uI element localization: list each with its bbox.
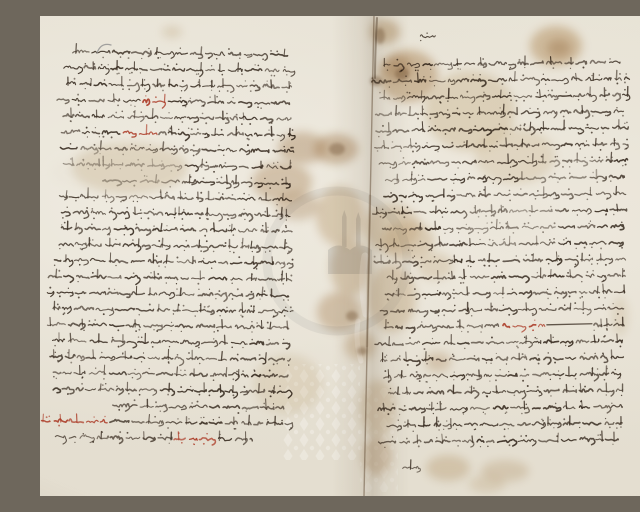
manuscript-line bbox=[50, 348, 290, 367]
manuscript-line bbox=[384, 366, 621, 384]
manuscript-line bbox=[47, 284, 289, 302]
manuscript-line bbox=[64, 60, 295, 78]
manuscript-line bbox=[41, 412, 292, 430]
manuscript-line bbox=[53, 364, 288, 382]
manuscript-spread bbox=[40, 16, 640, 496]
manuscript-line bbox=[61, 204, 290, 222]
manuscript-line bbox=[52, 332, 289, 350]
manuscript-line bbox=[378, 399, 623, 416]
manuscript-line bbox=[57, 93, 290, 110]
manuscript-line bbox=[73, 44, 288, 62]
header-notation bbox=[420, 32, 435, 41]
manuscript-line bbox=[384, 317, 624, 334]
manuscript-line bbox=[63, 107, 291, 125]
manuscript-line bbox=[54, 252, 294, 270]
manuscript-line bbox=[113, 397, 284, 415]
manuscript-line bbox=[61, 124, 295, 142]
manuscript-photo: Open two-page spread of an aged handwrit… bbox=[40, 16, 640, 496]
manuscript-line bbox=[55, 429, 252, 447]
manuscript-line bbox=[59, 236, 292, 254]
manuscript-line bbox=[387, 414, 622, 432]
manuscript-line bbox=[61, 220, 292, 238]
manuscript-line bbox=[47, 317, 288, 334]
manuscript-line bbox=[378, 431, 618, 449]
manuscript-line bbox=[53, 300, 293, 318]
manuscript-line bbox=[375, 333, 623, 351]
manuscript-line bbox=[380, 301, 623, 318]
manuscript-line bbox=[48, 268, 292, 287]
manuscript-line bbox=[381, 349, 624, 366]
manuscript-line bbox=[66, 76, 291, 94]
manuscript-line bbox=[388, 383, 622, 400]
manuscript-line bbox=[385, 284, 625, 301]
catchword bbox=[403, 460, 421, 473]
